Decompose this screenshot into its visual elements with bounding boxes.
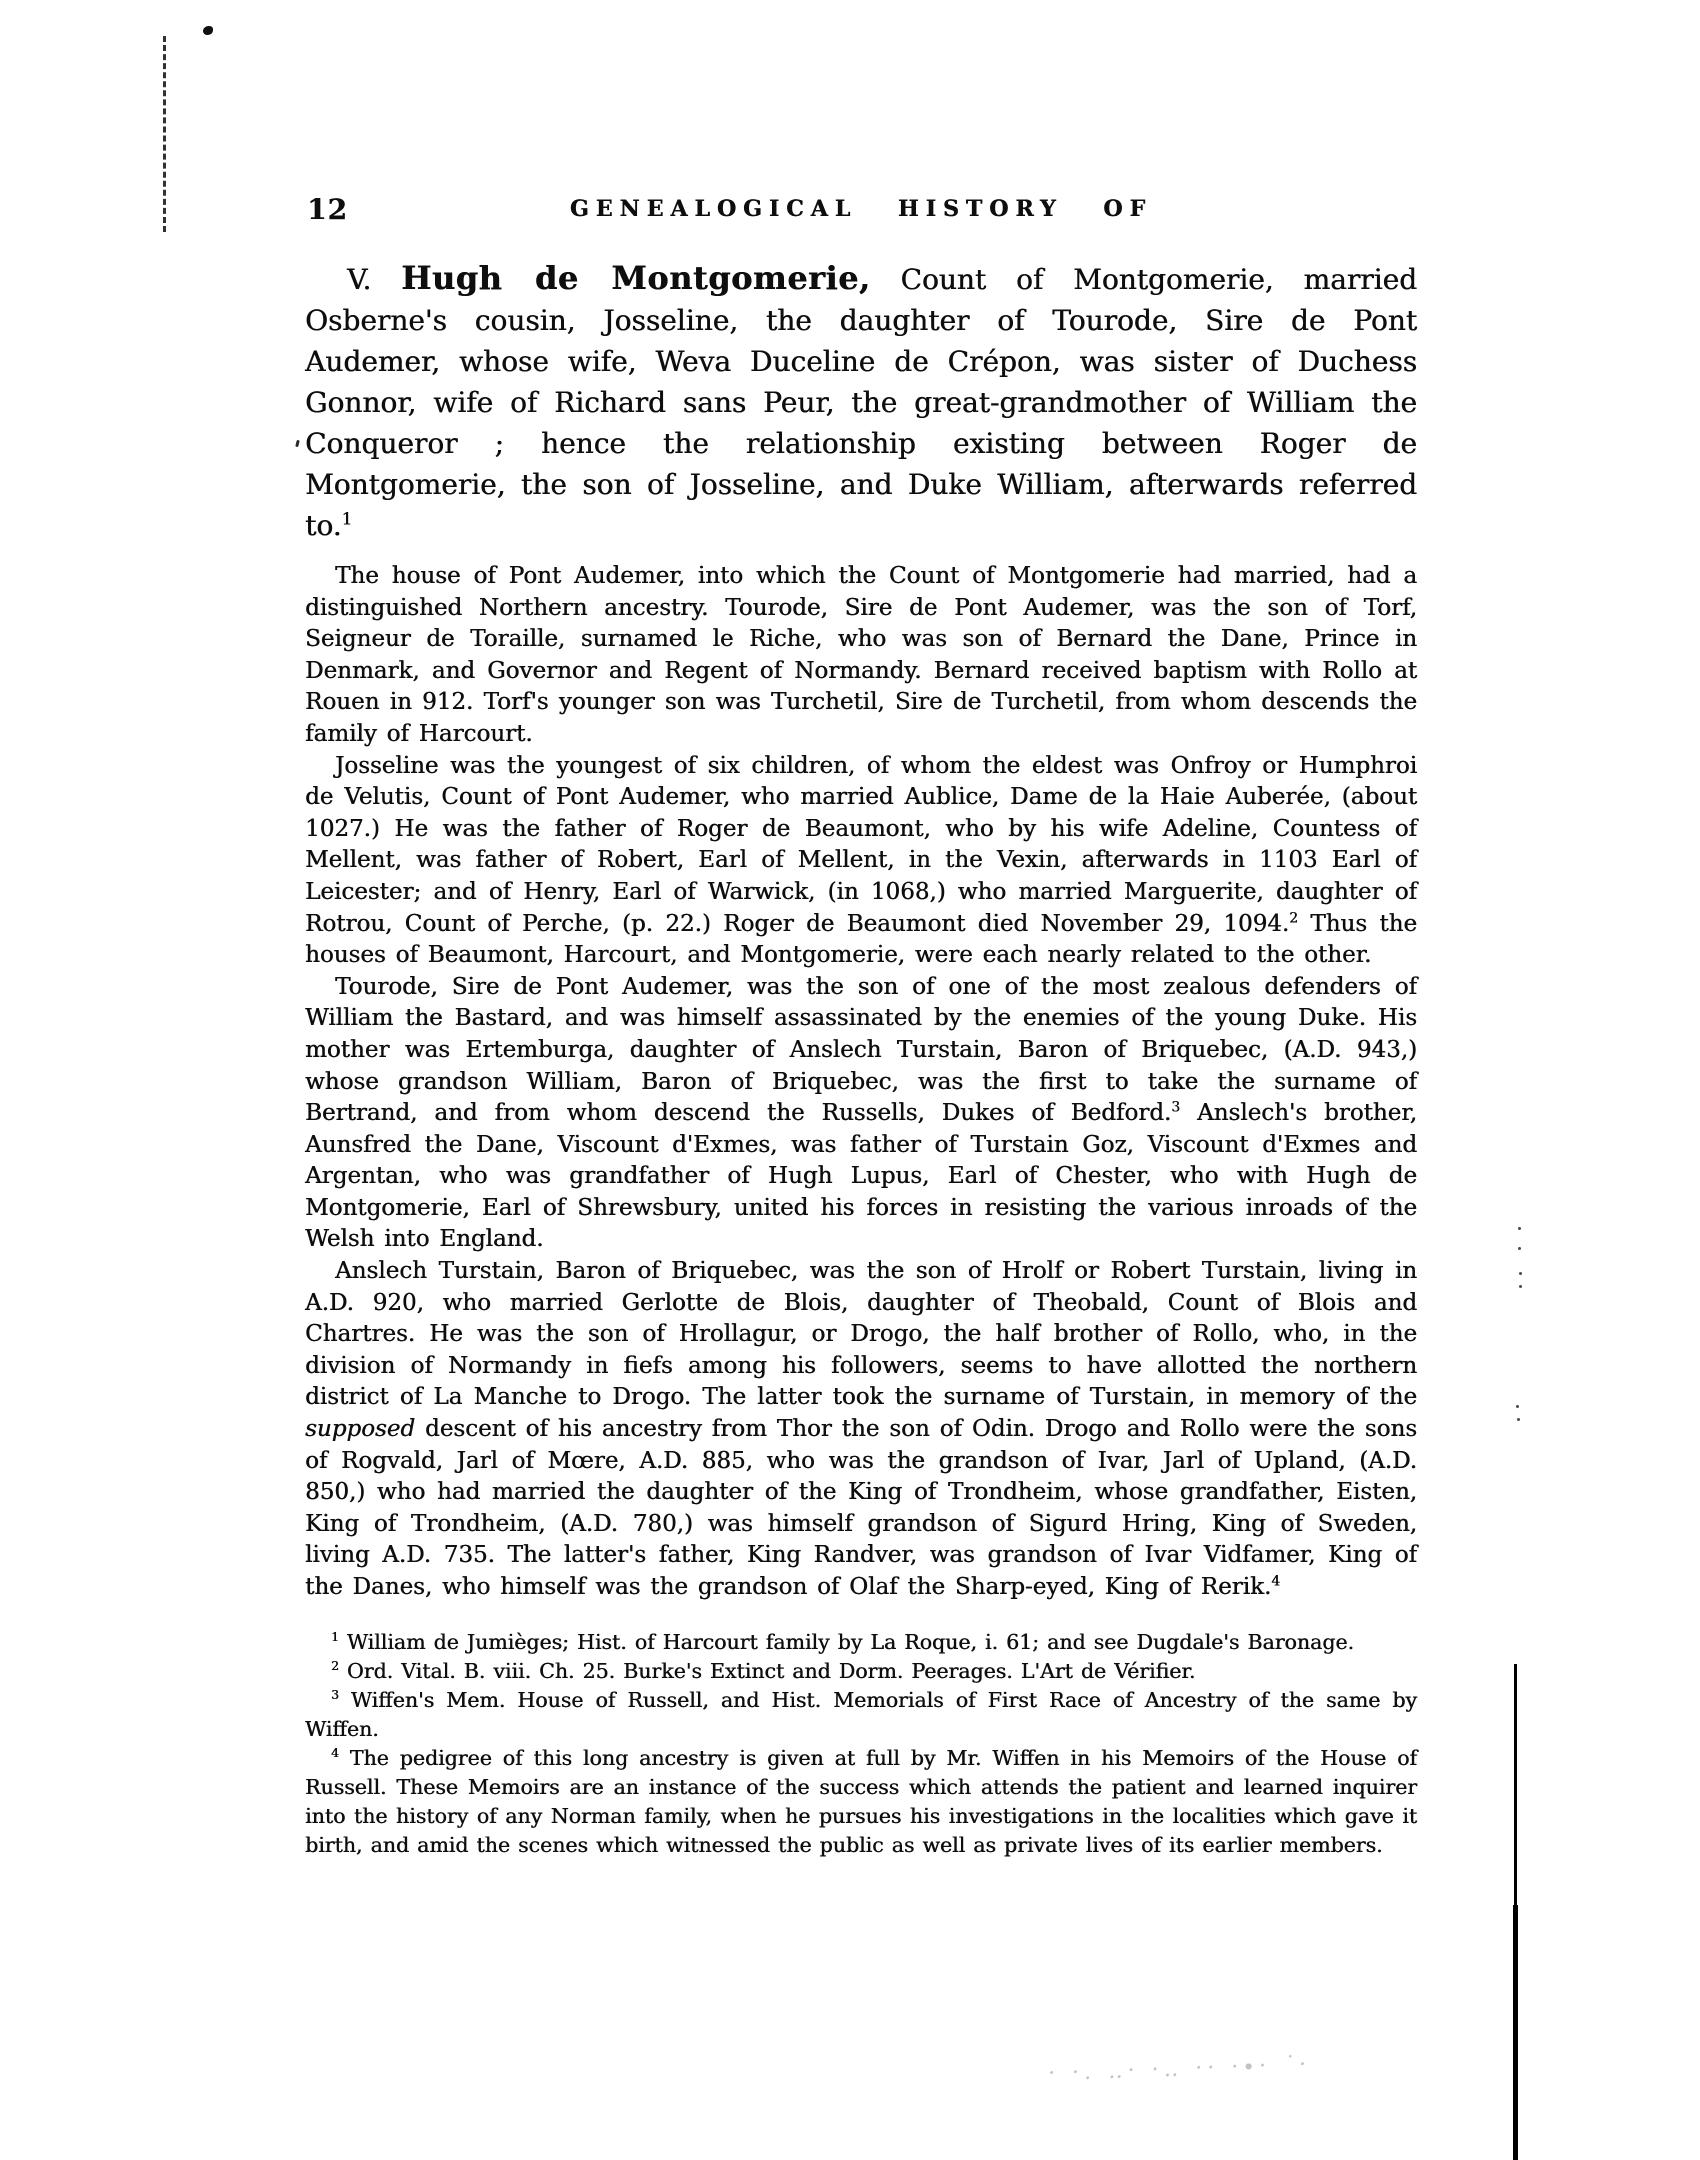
pencil-scribble: · ·. ‥· ·‥ ·· ·∙· ˙· [1048, 2049, 1409, 2087]
text-segment: Hugh de Montgomerie, [401, 259, 870, 297]
body-paragraphs: The house of Pont Audemer, into which th… [305, 561, 1417, 1604]
footnote-text: Wiffen's Mem. House of Russell, and Hist… [305, 1688, 1417, 1741]
text-segment: Anslech Turstain, Baron of Briquebec, wa… [305, 1258, 1417, 1410]
page-number: 12 [307, 193, 348, 226]
footnote-marker: 2 [331, 1659, 339, 1673]
running-header: GENEALOGICAL HISTORY OF [305, 192, 1417, 222]
footnote-reference: 1 [342, 509, 353, 529]
footnote: 1 William de Jumièges; Hist. of Harcourt… [305, 1628, 1417, 1657]
margin-speck [1519, 1285, 1522, 1288]
text-column: 12 GENEALOGICAL HISTORY OF V. Hugh de Mo… [305, 192, 1417, 1860]
footnotes-block: 1 William de Jumièges; Hist. of Harcourt… [305, 1628, 1417, 1860]
body-paragraph: Tourode, Sire de Pont Audemer, was the s… [305, 972, 1417, 1256]
margin-speck [1519, 1272, 1522, 1275]
stray-ink-mark [295, 440, 300, 448]
right-margin-scan-line [1514, 1664, 1517, 1909]
footnote: 3 Wiffen's Mem. House of Russell, and Hi… [305, 1686, 1417, 1744]
footnote: 4 The pedigree of this long ancestry is … [305, 1744, 1417, 1860]
text-segment: supposed [305, 1416, 415, 1442]
footnote-marker: 4 [331, 1746, 339, 1760]
book-page: · ·. ‥· ·‥ ·· ·∙· ˙· 12 GENEALOGICAL HIS… [0, 0, 1700, 2160]
page-header: 12 GENEALOGICAL HISTORY OF [305, 192, 1417, 230]
right-margin-scan-line-thick [1513, 1905, 1518, 2160]
text-segment: The house of Pont Audemer, into which th… [305, 563, 1417, 747]
footnote-text: Ord. Vital. B. viii. Ch. 25. Burke's Ext… [339, 1659, 1196, 1683]
body-paragraph: Josseline was the youngest of six childr… [305, 751, 1417, 972]
footnote-marker: 3 [331, 1688, 339, 1702]
footnote-text: William de Jumièges; Hist. of Harcourt f… [339, 1630, 1354, 1654]
footnote-reference: 3 [1171, 1099, 1180, 1115]
ink-blob-mark [203, 26, 213, 35]
footnote-text: The pedigree of this long ancestry is gi… [305, 1746, 1417, 1857]
margin-speck [1516, 1405, 1519, 1408]
footnote-reference: 4 [1271, 1573, 1280, 1589]
margin-speck [1517, 1418, 1520, 1421]
margin-speck [1518, 1247, 1521, 1250]
text-segment: V. [347, 263, 401, 296]
intro-paragraph: V. Hugh de Montgomerie, Count of Montgom… [305, 258, 1417, 546]
footnote-reference: 2 [1289, 910, 1298, 926]
footnote-marker: 1 [331, 1630, 339, 1644]
body-paragraph: Anslech Turstain, Baron of Briquebec, wa… [305, 1256, 1417, 1604]
left-margin-scan-line [163, 36, 166, 232]
text-segment: Josseline was the youngest of six childr… [305, 753, 1417, 937]
body-paragraph: The house of Pont Audemer, into which th… [305, 561, 1417, 751]
footnote: 2 Ord. Vital. B. viii. Ch. 25. Burke's E… [305, 1657, 1417, 1686]
margin-speck [1518, 1227, 1521, 1230]
text-segment: descent of his ancestry from Thor the so… [305, 1416, 1417, 1600]
text-segment: Count of Montgomerie, married Osberne's … [305, 263, 1417, 542]
